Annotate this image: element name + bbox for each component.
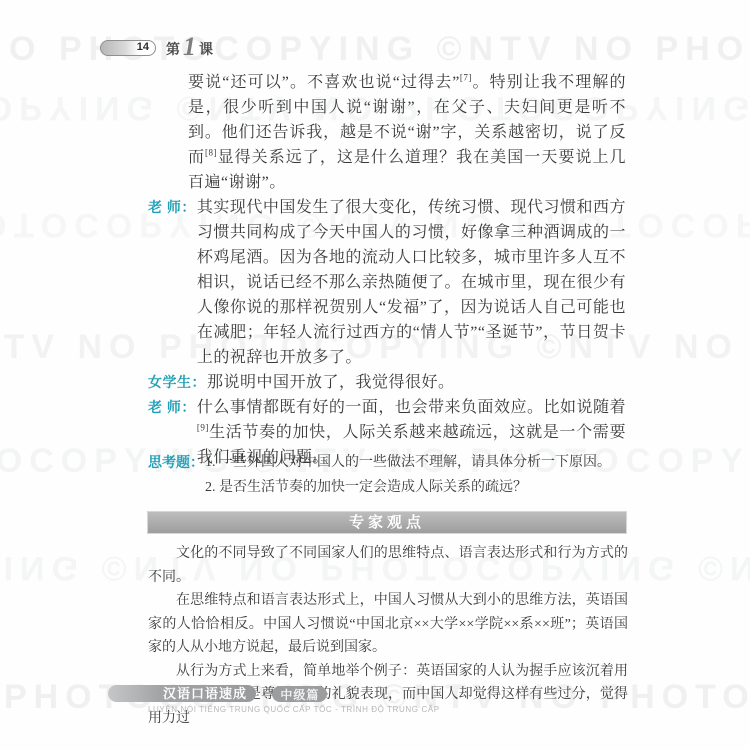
dialogue-continuation-text: 要说“还可以”。不喜欢也说“过得去”[7]。特别让我不理解的是，很少听到中国人说… [188,70,626,195]
speaker-label-student: 女学生： [148,370,206,395]
lesson-suffix: 课 [199,40,213,58]
dialogue-entry-teacher-1: 老 师： 其实现代中国发生了很大变化，传统习惯、现代习惯和西方习惯共同构成了今天… [148,195,626,370]
footer-series-badge: 汉语口语速成 [108,685,256,702]
expert-paragraph-1: 文化的不同导致了不同国家人们的思维特点、语言表达形式和行为方式的不同。 [148,542,628,589]
page-footer: 汉语口语速成 · 中级篇 LUYỆN NÓI TIẾNG TRUNG QUỐC … [108,685,440,714]
footer-series-title: 汉语口语速成 [163,686,247,701]
expert-section-header-bar: 专家观点 [148,512,626,533]
dialogue-text-teacher-1: 其实现代中国发生了很大变化，传统习惯、现代习惯和西方习惯共同构成了今天中国人的习… [197,195,626,370]
dialogue-entry-student: 女学生： 那说明中国开放了，我觉得很好。 [148,370,626,395]
speaker-label-teacher: 老 师： [148,195,196,220]
page-number-capsule: 14 [100,40,156,56]
questions-section: 思考题： 1. 一些外国人对中国人的一些做法不理解，请具体分析一下原因。 2. … [148,450,628,500]
question-item-2: 2. 是否生活节奏的加快一定会造成人际关系的疏远？ [205,475,628,500]
question-items: 1. 一些外国人对中国人的一些做法不理解，请具体分析一下原因。 2. 是否生活节… [205,450,628,500]
questions-label: 思考题： [148,450,204,475]
question-item-1: 1. 一些外国人对中国人的一些做法不理解，请具体分析一下原因。 [205,450,628,475]
expert-paragraph-2: 在思维特点和语言表达形式上，中国人习惯从大到小的思维方法，英语国家的人恰恰相反。… [148,589,628,660]
footer-level-badge: 中级篇 [272,686,327,702]
page-header: 14 第 1 课 [100,36,213,58]
dialogue-section: 要说“还可以”。不喜欢也说“过得去”[7]。特别让我不理解的是，很少听到中国人说… [148,70,626,470]
page-number: 14 [137,41,149,54]
lesson-title: 第 1 课 [166,36,213,58]
speaker-label-teacher: 老 师： [148,395,196,420]
footer-series-row: 汉语口语速成 · 中级篇 [108,685,440,702]
expert-section-title: 专家观点 [349,514,425,531]
dialogue-text-student: 那说明中国开放了，我觉得很好。 [207,370,626,395]
footer-level-label: 中级篇 [280,688,319,702]
lesson-prefix: 第 [166,40,180,58]
footer-vietnamese-subtitle: LUYỆN NÓI TIẾNG TRUNG QUỐC CẤP TỐC - TRÌ… [148,705,440,714]
footer-dot-separator: · [262,686,266,702]
lesson-number: 1 [183,36,196,58]
